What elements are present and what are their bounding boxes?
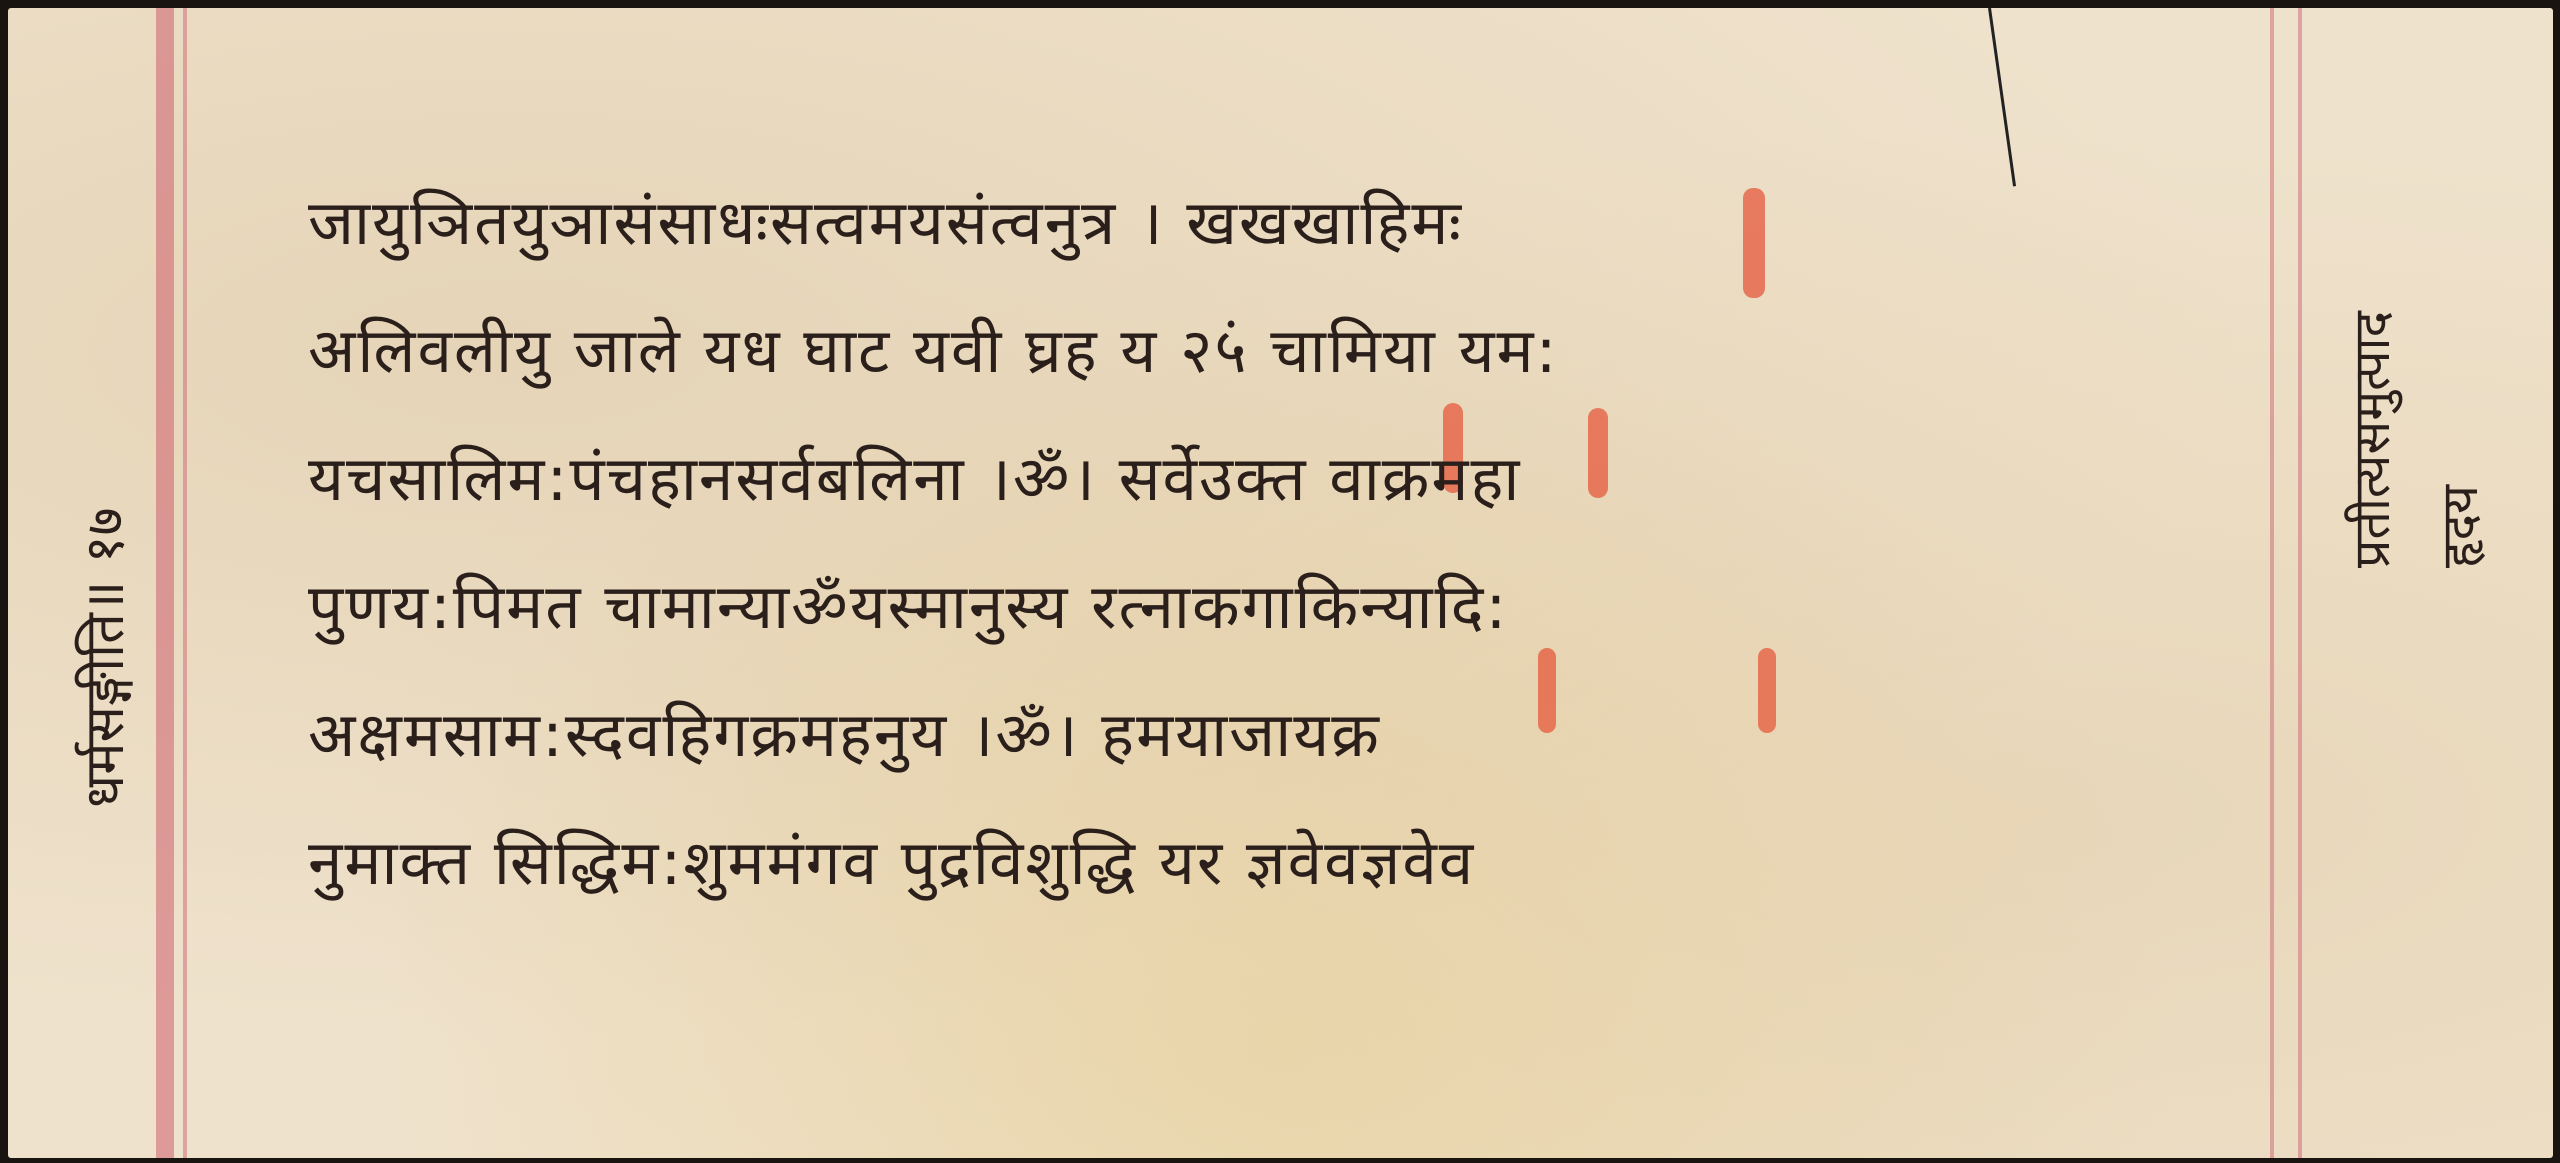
right-margin-note-1: प्रतीत्यसमुत्पाद [2338, 88, 2406, 568]
left-margin-note: धर्मसङ्गीति॥ १७ [68, 48, 218, 808]
right-margin-rule-thin [2298, 8, 2302, 1158]
text-line-2: अलिवलीयु जाले यध घाट यवी घ्रह य २५ं चामि… [308, 301, 2298, 429]
manuscript-folio: धर्मसङ्गीति॥ १७ प्रतीत्यसमुत्पाद हृदय जा… [8, 8, 2553, 1158]
manuscript-text: जायुञितयुञासंसाधःसत्वमयसंत्वनुत्र । खखखा… [308, 173, 2298, 941]
text-line-5: अक्षमसाम:स्दवहिगक्रमहनुय ।ॐ। हमयाजायक्र [308, 685, 2298, 813]
text-line-6: नुमाक्त सिद्धिम:शुममंगव पुद्रविशुद्धि यर… [308, 813, 2298, 941]
binding-thread [1988, 8, 2016, 187]
text-line-1: जायुञितयुञासंसाधःसत्वमयसंत्वनुत्र । खखखा… [308, 173, 2298, 301]
right-margin-note: प्रतीत्यसमुत्पाद हृदय [2338, 88, 2494, 568]
text-line-4: पुणय:पिमत चामान्याॐयस्मानुस्य रत्नाकगाकि… [308, 557, 2298, 685]
right-margin-note-2: हृदय [2426, 88, 2494, 568]
text-line-3: यचसालिम:पंचहानसर्वबलिना ।ॐ। सर्वेउक्त वा… [308, 429, 2298, 557]
